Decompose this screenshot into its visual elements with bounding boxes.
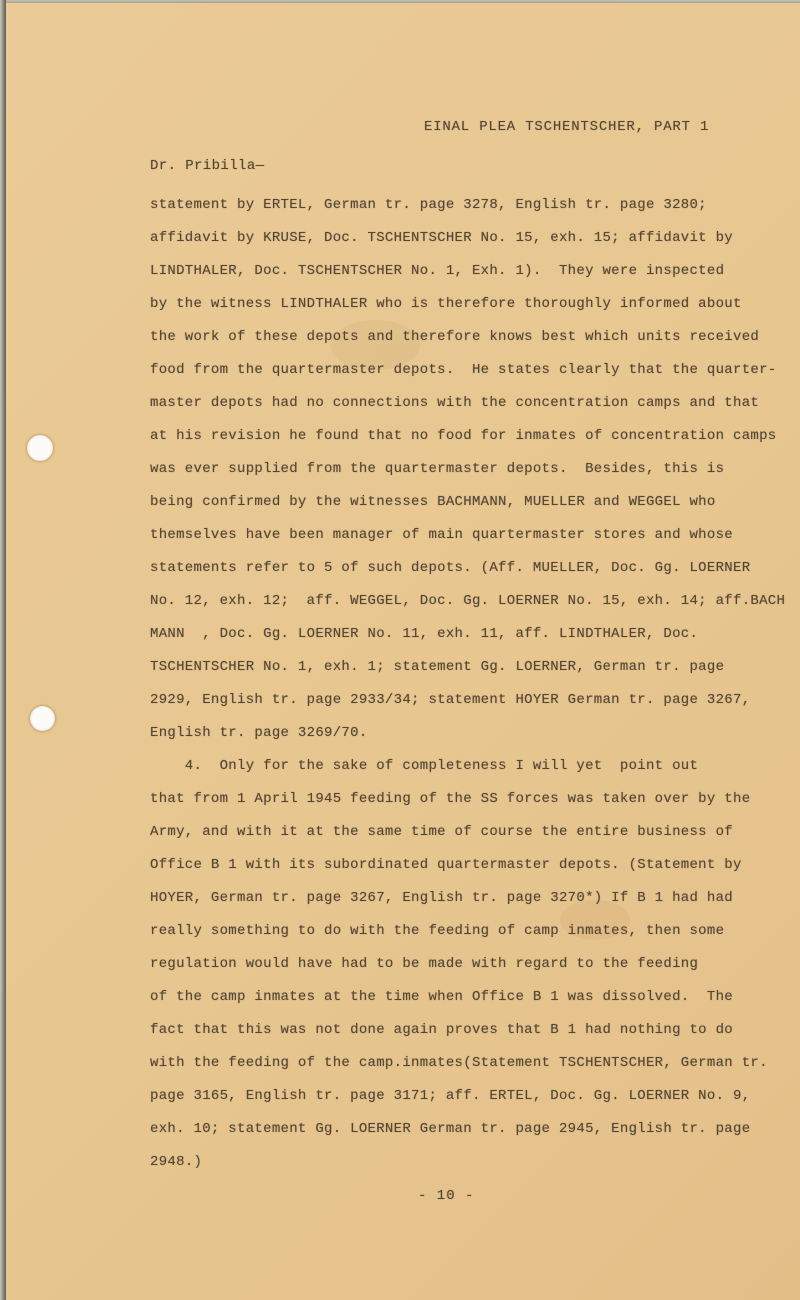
text-line: of the camp inmates at the time when Off… bbox=[150, 981, 780, 1014]
text-line: LINDTHALER, Doc. TSCHENTSCHER No. 1, Exh… bbox=[150, 255, 780, 288]
text-line: 2929, English tr. page 2933/34; statemen… bbox=[150, 684, 780, 717]
text-line: statement by ERTEL, German tr. page 3278… bbox=[150, 189, 780, 222]
page-number: - 10 - bbox=[418, 1186, 474, 1206]
text-line: at his revision he found that no food fo… bbox=[150, 420, 780, 453]
punch-hole-top bbox=[27, 435, 53, 461]
text-line: 4. Only for the sake of completeness I w… bbox=[150, 750, 780, 783]
punch-hole-bottom bbox=[30, 706, 55, 731]
text-line: page 3165, English tr. page 3171; aff. E… bbox=[150, 1080, 780, 1113]
text-line: No. 12, exh. 12; aff. WEGGEL, Doc. Gg. L… bbox=[150, 585, 780, 618]
text-line: 2948.) bbox=[150, 1146, 780, 1179]
document-header: EINAL PLEA TSCHENTSCHER, PART 1 bbox=[424, 117, 709, 137]
text-line: was ever supplied from the quartermaster… bbox=[150, 453, 780, 486]
text-line: Office B 1 with its subordinated quarter… bbox=[150, 849, 780, 882]
text-line: being confirmed by the witnesses BACHMAN… bbox=[150, 486, 780, 519]
text-line: Army, and with it at the same time of co… bbox=[150, 816, 780, 849]
text-line: food from the quartermaster depots. He s… bbox=[150, 354, 780, 387]
text-line: that from 1 April 1945 feeding of the SS… bbox=[150, 783, 780, 816]
text-line: TSCHENTSCHER No. 1, exh. 1; statement Gg… bbox=[150, 651, 780, 684]
text-line: by the witness LINDTHALER who is therefo… bbox=[150, 288, 780, 321]
text-line: exh. 10; statement Gg. LOERNER German tr… bbox=[150, 1113, 780, 1146]
text-line: MANN , Doc. Gg. LOERNER No. 11, exh. 11,… bbox=[150, 618, 780, 651]
text-line: really something to do with the feeding … bbox=[150, 915, 780, 948]
text-line: themselves have been manager of main qua… bbox=[150, 519, 780, 552]
text-line: HOYER, German tr. page 3267, English tr.… bbox=[150, 882, 780, 915]
text-line: fact that this was not done again proves… bbox=[150, 1014, 780, 1047]
text-line: English tr. page 3269/70. bbox=[150, 717, 780, 750]
text-line: with the feeding of the camp.inmates(Sta… bbox=[150, 1047, 780, 1080]
scan-edge-left bbox=[0, 0, 6, 1300]
text-line: regulation would have had to be made wit… bbox=[150, 948, 780, 981]
text-line: affidavit by KRUSE, Doc. TSCHENTSCHER No… bbox=[150, 222, 780, 255]
addressee-line: Dr. Pribilla— bbox=[150, 156, 264, 176]
text-line: master depots had no connections with th… bbox=[150, 387, 780, 420]
document-body: statement by ERTEL, German tr. page 3278… bbox=[150, 189, 780, 1179]
scan-edge-top bbox=[0, 0, 800, 3]
text-line: the work of these depots and therefore k… bbox=[150, 321, 780, 354]
scanned-page: EINAL PLEA TSCHENTSCHER, PART 1 Dr. Prib… bbox=[0, 0, 800, 1300]
text-line: statements refer to 5 of such depots. (A… bbox=[150, 552, 780, 585]
